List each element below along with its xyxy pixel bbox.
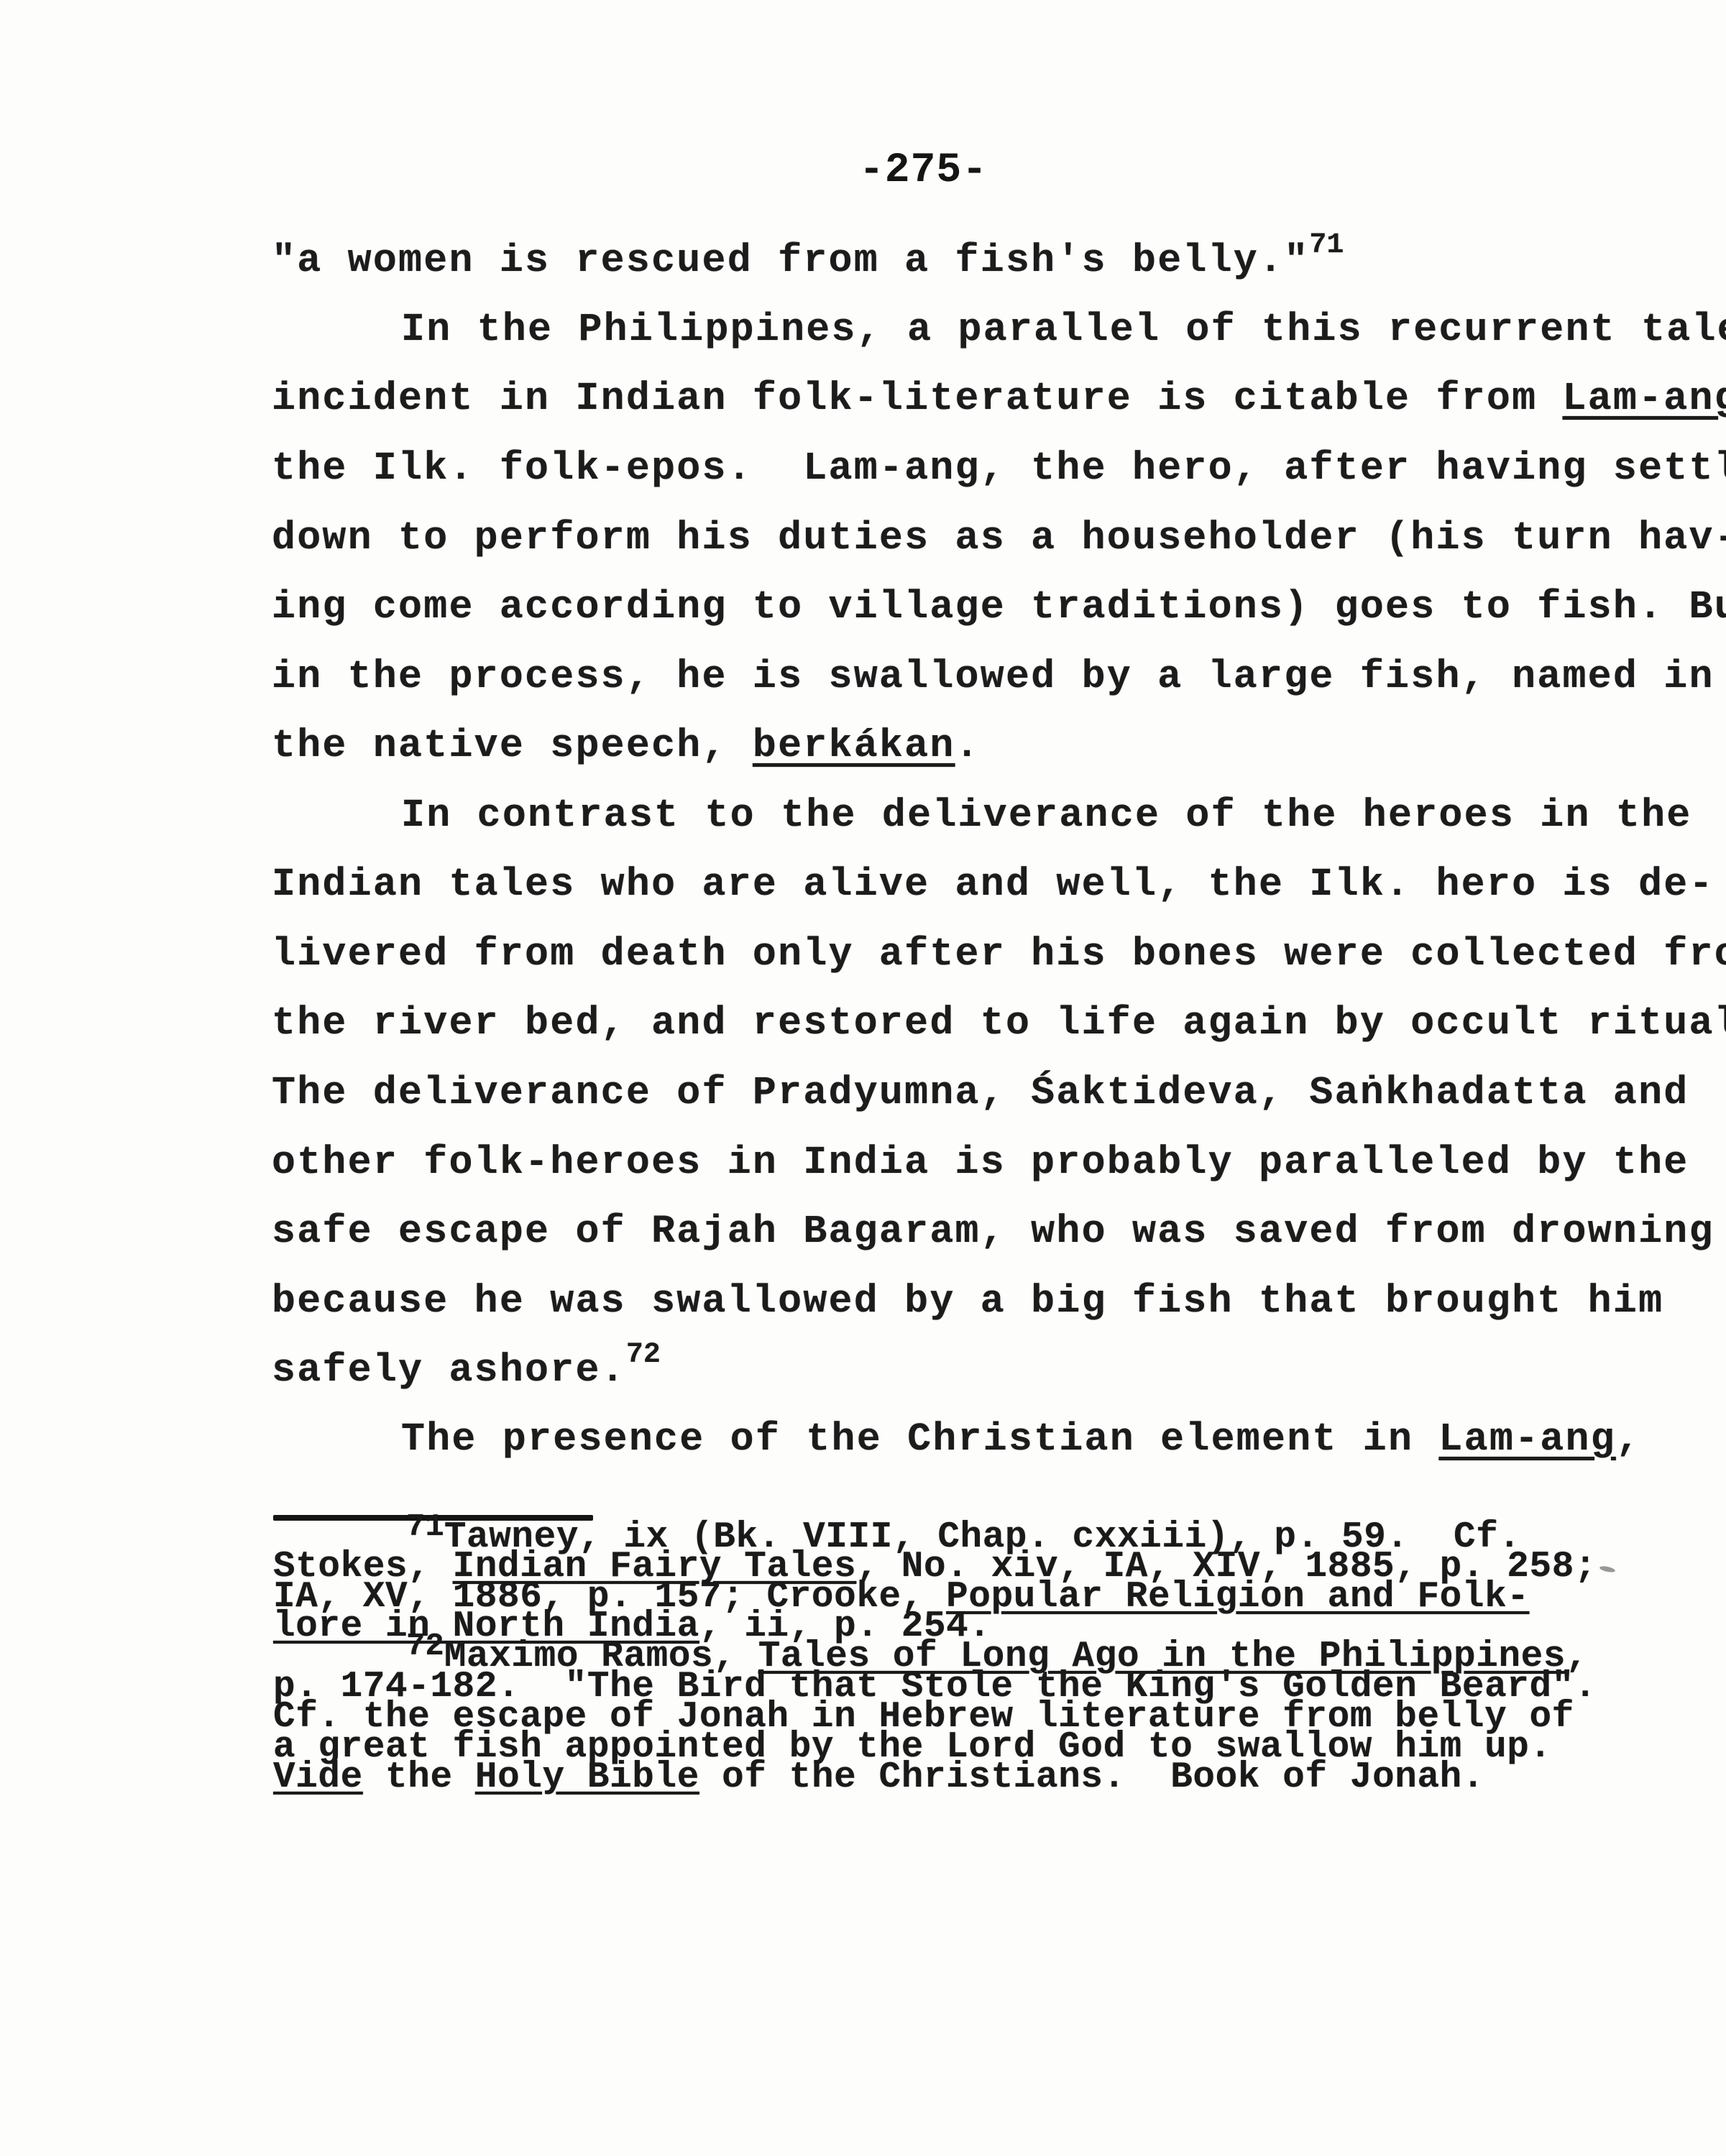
footnote-text: the bbox=[363, 1757, 475, 1798]
page-number: -275- bbox=[859, 147, 988, 194]
underlined-title-holy-bible: Holy Bible bbox=[475, 1757, 699, 1798]
body-line-8: the native speech, berkákan. bbox=[272, 722, 981, 770]
body-line-4: the Ilk. folk-epos. Lam-ang, the hero, a… bbox=[272, 445, 1726, 492]
body-line-18: The presence of the Christian element in… bbox=[401, 1416, 1641, 1463]
underlined-title-lam-ang: Lam-ang bbox=[1562, 376, 1726, 421]
body-line-text: "a women is rescued from a fish's belly.… bbox=[272, 238, 1309, 283]
body-line-10: Indian tales who are alive and well, the… bbox=[272, 861, 1714, 908]
body-line-text: the native speech, bbox=[272, 723, 753, 768]
body-line-text: the river bed, and restored to life agai… bbox=[272, 1000, 1726, 1046]
body-line-15: safe escape of Rajah Bagaram, who was sa… bbox=[272, 1208, 1714, 1256]
body-line-9: In contrast to the deliverance of the he… bbox=[401, 792, 1691, 839]
body-line-text: safely ashore. bbox=[272, 1347, 626, 1393]
body-line-text: The presence of the Christian element in bbox=[401, 1416, 1438, 1462]
footnote-text: of the Christians. Book of Jonah. bbox=[699, 1757, 1484, 1798]
body-line-text: the Ilk. folk-epos. Lam-ang, the hero, a… bbox=[272, 446, 1726, 491]
body-line-16: because he was swallowed by a big fish t… bbox=[272, 1278, 1663, 1325]
underlined-term-berkakan: berkákan bbox=[753, 723, 955, 768]
body-line-3: incident in Indian folk-literature is ci… bbox=[272, 375, 1726, 423]
body-line-text: down to perform his duties as a househol… bbox=[272, 515, 1726, 561]
underlined-title-lam-ang: Lam-ang bbox=[1438, 1416, 1615, 1462]
body-line-text: ing come according to village traditions… bbox=[272, 584, 1726, 630]
underlined-word-vide: Vide bbox=[273, 1757, 363, 1798]
footnote-reference-71: 71 bbox=[1309, 229, 1344, 262]
body-line-14: other folk-heroes in India is probably p… bbox=[272, 1139, 1689, 1187]
body-line-17: safely ashore.72 bbox=[272, 1347, 661, 1398]
body-line-13: The deliverance of Pradyumna, Śaktideva,… bbox=[272, 1069, 1689, 1117]
body-line-text: because he was swallowed by a big fish t… bbox=[272, 1279, 1663, 1324]
punctuation: , bbox=[1616, 1416, 1641, 1462]
body-line-text: in the process, he is swallowed by a lar… bbox=[272, 654, 1714, 699]
body-line-text: Indian tales who are alive and well, the… bbox=[272, 862, 1714, 907]
body-line-text: In the Philippines, a parallel of this r… bbox=[401, 307, 1726, 352]
body-line-12: the river bed, and restored to life agai… bbox=[272, 1000, 1726, 1047]
body-line-text: safe escape of Rajah Bagaram, who was sa… bbox=[272, 1209, 1714, 1254]
footnote-reference-72: 72 bbox=[626, 1339, 661, 1371]
body-line-text: other folk-heroes in India is probably p… bbox=[272, 1140, 1689, 1185]
body-line-7: in the process, he is swallowed by a lar… bbox=[272, 653, 1714, 701]
footnote-number-72: 72 bbox=[406, 1628, 444, 1664]
body-line-text: incident in Indian folk-literature is ci… bbox=[272, 376, 1562, 421]
footnote-72-line-5: Vide the Holy Bible of the Christians. B… bbox=[273, 1762, 1484, 1794]
body-line-text: The deliverance of Pradyumna, Śaktideva,… bbox=[272, 1070, 1689, 1115]
body-line-text: livered from death only after his bones … bbox=[272, 931, 1726, 977]
body-line-text: In contrast to the deliverance of the he… bbox=[401, 793, 1691, 838]
body-line-2: In the Philippines, a parallel of this r… bbox=[401, 306, 1726, 354]
body-line-11: livered from death only after his bones … bbox=[272, 931, 1726, 978]
scan-speck bbox=[1599, 1565, 1616, 1573]
footnote-number-71: 71 bbox=[406, 1509, 444, 1545]
underlined-title-popular-religion: Popular Religion and Folk- bbox=[946, 1577, 1529, 1618]
body-line-1: "a women is rescued from a fish's belly.… bbox=[272, 237, 1344, 288]
body-line-6: ing come according to village traditions… bbox=[272, 584, 1726, 631]
body-line-5: down to perform his duties as a househol… bbox=[272, 515, 1726, 562]
punctuation: . bbox=[955, 723, 981, 768]
document-page: -275- "a women is rescued from a fish's … bbox=[0, 0, 1726, 2156]
